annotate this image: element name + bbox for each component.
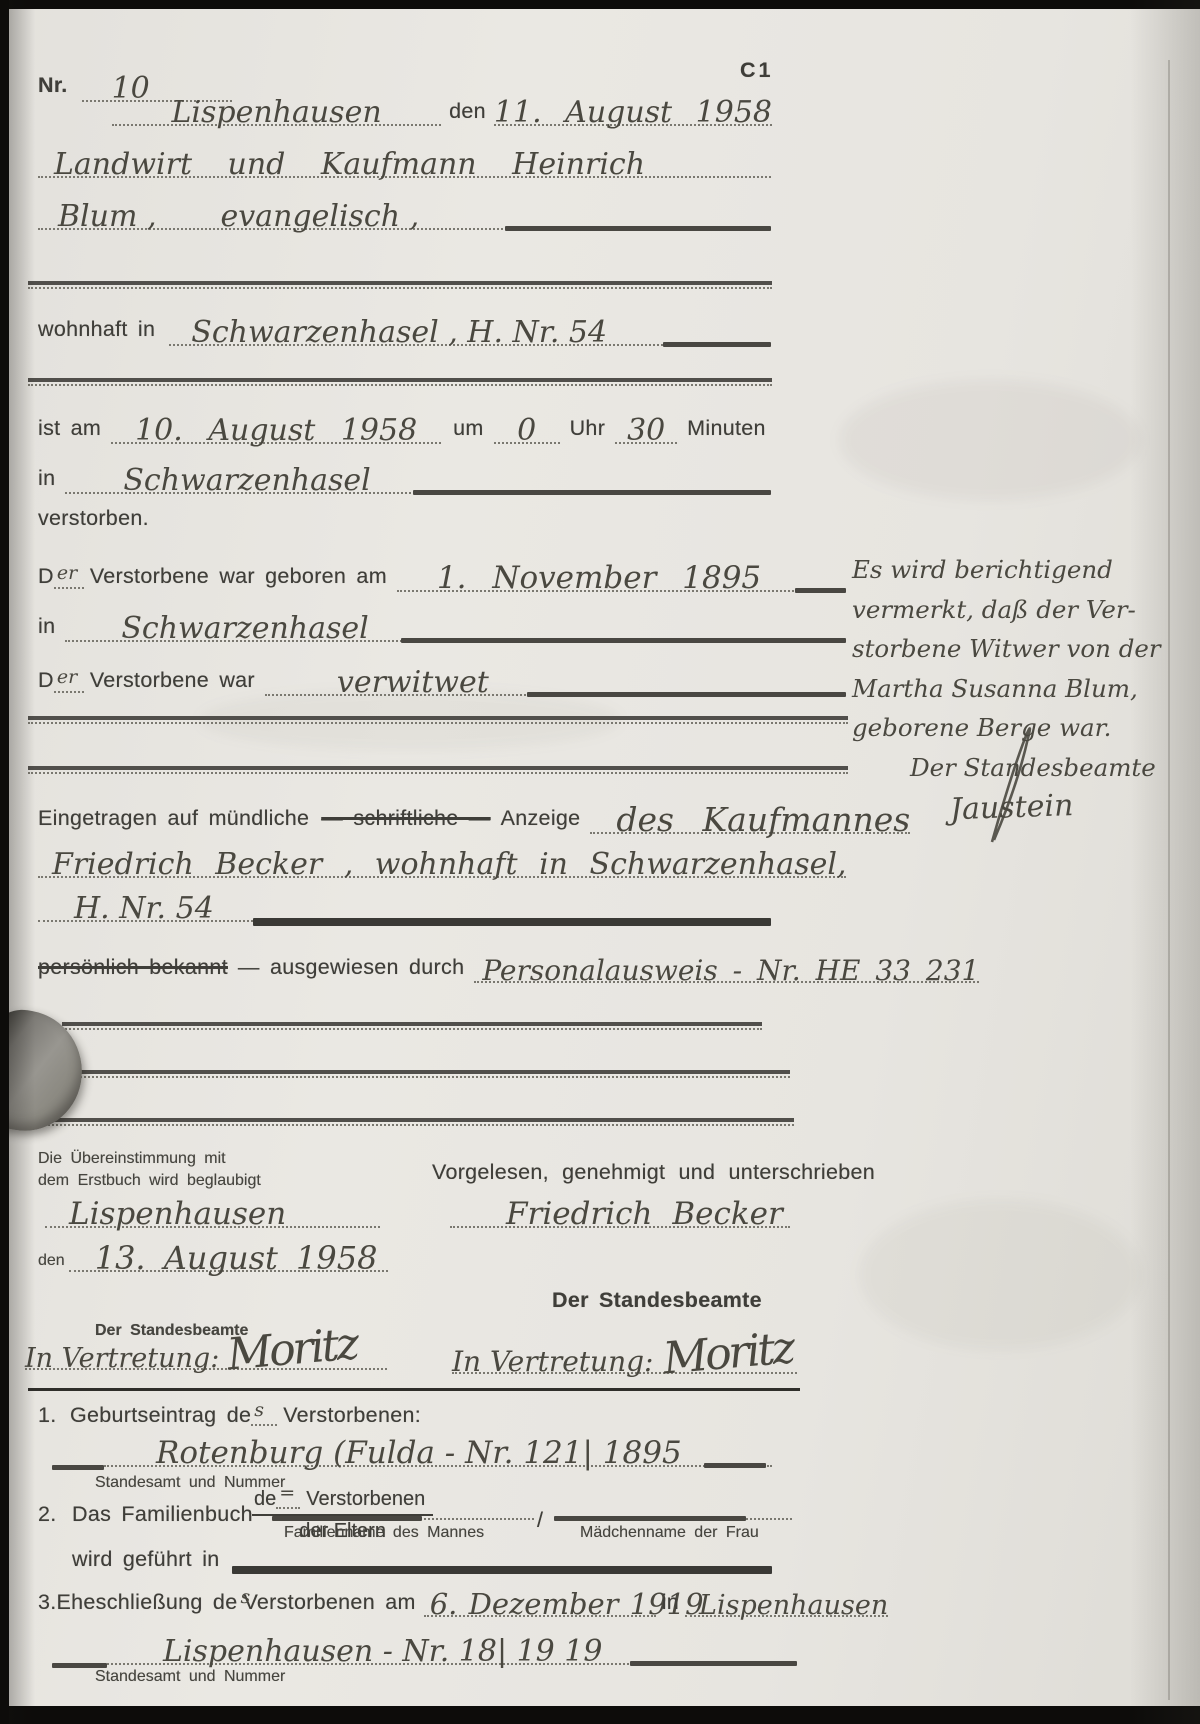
page-left-shadow xyxy=(9,0,35,1724)
den-label: den xyxy=(449,99,486,124)
verstorben-label: verstorben. xyxy=(38,506,149,531)
d-suffix-gap: er xyxy=(54,584,84,589)
report-row: Eingetragen auf mündliche — schriftliche… xyxy=(38,782,771,834)
item3-in-label: in xyxy=(662,1590,679,1615)
void-bar xyxy=(704,1463,766,1468)
item3-sublabel: Standesamt und Nummer xyxy=(95,1668,285,1686)
marital-line: verwitwet xyxy=(265,668,846,696)
place-date-row: Lispenhausen den 11. August 1958 xyxy=(112,74,772,126)
item2-field1-label: Familienname des Mannes xyxy=(272,1520,534,1542)
page-right-shadow xyxy=(1130,0,1200,1724)
item2-field1-line xyxy=(272,1510,534,1520)
blank-rule xyxy=(28,1070,790,1078)
birth-date: 1. November 1895 xyxy=(397,563,761,594)
item2-field2-line xyxy=(554,1510,792,1520)
scanned-death-register-page: Nr. 10 C1 Lispenhausen den 11. August 19… xyxy=(0,0,1200,1724)
declarant-signature: Friedrich Becker xyxy=(450,1199,783,1230)
vertretung-left-label: In Vertretung: xyxy=(25,1345,219,1372)
ausgewiesen-label: — ausgewiesen durch xyxy=(238,955,464,980)
registrar-deputy-signature: Moritz xyxy=(662,1326,795,1381)
item3-label-post: Verstorbenen am xyxy=(243,1590,415,1615)
vertretung-left-line: In Vertretung: Moritz xyxy=(25,1328,387,1370)
item2-sup-hand: = xyxy=(279,1484,295,1503)
d-suffix-hand: er xyxy=(57,564,77,583)
occupation-line: Landwirt und Kaufmann Heinrich xyxy=(38,150,771,178)
report-line-3: H. Nr. 54 xyxy=(38,894,253,922)
standesbeamte-heading: Der Standesbeamte xyxy=(552,1288,762,1313)
beglaubigt-line-1: Die Übereinstimmung mit xyxy=(38,1150,226,1168)
death-minute: 30 xyxy=(627,416,665,446)
item2-field2: Mädchenname der Frau xyxy=(554,1510,792,1542)
void-bar xyxy=(401,638,846,643)
blank-rule xyxy=(62,1022,762,1030)
identification-row: persönlich bekannt — ausgewiesen durch P… xyxy=(38,935,795,983)
birth-place-row: in Schwarzenhasel xyxy=(38,592,846,642)
section-rule xyxy=(28,378,772,386)
d-prefix: D xyxy=(38,668,54,693)
vertretung-right-row: In Vertretung: Moritz xyxy=(452,1318,797,1374)
minuten-label: Minuten xyxy=(687,416,766,441)
void-bar xyxy=(663,342,771,347)
item1-value-row: Rotenburg (Fulda - Nr. 121| 1895 xyxy=(52,1420,772,1467)
death-date: 10. August 1958 xyxy=(135,416,417,446)
report-row-3: H. Nr. 54 xyxy=(38,872,771,922)
item3-sup-hand: s xyxy=(240,1588,250,1607)
marital-row: D er Verstorbene war verwitwet xyxy=(38,644,846,696)
death-hour: 0 xyxy=(517,416,536,446)
item3-date-line: 6. Dezember 1919 xyxy=(424,1590,656,1617)
id-document: Personalausweis - Nr. HE 33 231 xyxy=(474,957,979,985)
item3-value-line: Lispenhausen - Nr. 18| 19 19 xyxy=(107,1637,797,1665)
death-date-row: ist am 10. August 1958 um 0 Uhr 30 Minut… xyxy=(38,392,771,444)
residence-line: Schwarzenhasel , H. Nr. 54 xyxy=(169,318,771,346)
name-religion-row: Blum , evangelisch , xyxy=(38,180,771,230)
residence-label: wohnhaft in xyxy=(38,317,155,342)
birth-place-line: Schwarzenhasel xyxy=(65,614,846,642)
item1-value-line: Rotenburg (Fulda - Nr. 121| 1895 xyxy=(104,1438,772,1467)
record-date: 11. August 1958 xyxy=(494,98,772,128)
declarant-signature-line: Friedrich Becker xyxy=(450,1199,790,1228)
void-bar xyxy=(630,1661,797,1666)
nr-label: Nr. xyxy=(38,73,68,98)
death-place-line: Schwarzenhasel xyxy=(65,466,771,494)
item1-value: Rotenburg (Fulda - Nr. 121| 1895 xyxy=(104,1438,682,1469)
registrar-deputy-signature: Moritz xyxy=(226,1322,359,1377)
bleedthrough-smudge xyxy=(860,1200,1140,1350)
item3-number: 3. xyxy=(38,1590,57,1615)
void-bar-heavy xyxy=(253,918,771,926)
item2-wird-row: wird geführt in xyxy=(72,1544,772,1572)
residence-value: Schwarzenhasel , H. Nr. 54 xyxy=(169,318,607,348)
photo-edge-bottom xyxy=(0,1706,1200,1724)
birth-date-row: D er Verstorbene war geboren am 1. Novem… xyxy=(38,538,846,592)
um-label: um xyxy=(453,416,483,441)
d-suffix-gap: er xyxy=(54,688,84,693)
void-bar xyxy=(413,490,771,495)
item2-number: 2. xyxy=(38,1502,57,1527)
footer-rule xyxy=(28,1388,800,1391)
death-minute-line: 30 xyxy=(615,416,677,444)
vertretung-right-line: In Vertretung: Moritz xyxy=(452,1332,797,1374)
item1-sup-hand: s xyxy=(254,1401,264,1420)
religion: evangelisch , xyxy=(220,202,419,232)
photo-edge-left xyxy=(0,0,9,1724)
ist-am-label: ist am xyxy=(38,416,101,441)
section-rule xyxy=(28,766,848,774)
persoenlich-struck: persönlich bekannt xyxy=(38,955,228,980)
occupation-row: Landwirt und Kaufmann Heinrich xyxy=(38,128,771,178)
death-hour-line: 0 xyxy=(494,416,560,444)
item3-label-pre: Eheschließung de xyxy=(57,1590,238,1615)
item3-value-row: Lispenhausen - Nr. 18| 19 19 xyxy=(52,1620,797,1665)
record-place-line: Lispenhausen xyxy=(112,98,441,126)
item2-top-pre: de xyxy=(254,1488,276,1511)
record-place: Lispenhausen xyxy=(171,98,381,128)
item3-place: Lispenhausen xyxy=(685,1592,888,1619)
birth-date-line: 1. November 1895 xyxy=(397,563,846,592)
item2-sup-gap: = xyxy=(276,1504,300,1509)
report-row-2: Friedrich Becker , wohnhaft in Schwarzen… xyxy=(38,828,771,878)
page-right-edge xyxy=(1168,60,1170,1700)
vertretung-right-label: In Vertretung: xyxy=(452,1348,653,1376)
item2-label: Das Familienbuch xyxy=(72,1502,253,1527)
in-label: in xyxy=(38,614,55,639)
report-hand-3: H. Nr. 54 xyxy=(38,894,214,924)
marital-value: verwitwet xyxy=(265,668,489,698)
certify-date: 13. August 1958 xyxy=(69,1242,378,1274)
void-bar xyxy=(505,226,771,231)
item2-top-post: Verstorbenen xyxy=(306,1488,425,1511)
occupation-text: Landwirt und Kaufmann Heinrich xyxy=(38,150,645,180)
marital-label: Verstorbene war xyxy=(90,668,255,693)
item2-slash: / xyxy=(537,1508,543,1533)
void-bar xyxy=(527,692,846,697)
certify-date-line: 13. August 1958 xyxy=(69,1242,388,1272)
death-place-row: in Schwarzenhasel xyxy=(38,444,771,494)
residence-row: wohnhaft in Schwarzenhasel , H. Nr. 54 xyxy=(38,294,771,346)
signature-flourish xyxy=(930,690,1120,850)
den-label: den xyxy=(38,1252,65,1270)
item2-wird-label: wird geführt in xyxy=(72,1547,220,1572)
born-label: Verstorbene war geboren am xyxy=(90,564,387,589)
item2-field2-label: Mädchenname der Frau xyxy=(554,1520,792,1542)
id-document-line: Personalausweis - Nr. HE 33 231 xyxy=(474,957,979,983)
item3-place-line: Lispenhausen xyxy=(685,1592,888,1617)
in-label: in xyxy=(38,466,55,491)
item3-value: Lispenhausen - Nr. 18| 19 19 xyxy=(107,1637,602,1667)
certify-place-row: Lispenhausen xyxy=(45,1180,380,1228)
vertretung-left-row: In Vertretung: Moritz xyxy=(25,1314,387,1370)
declarant-signature-row: Friedrich Becker xyxy=(450,1180,790,1228)
death-date-line: 10. August 1958 xyxy=(111,416,441,444)
record-date-line: 11. August 1958 xyxy=(494,98,772,126)
uhr-label: Uhr xyxy=(570,416,606,441)
bleedthrough-smudge xyxy=(840,380,1140,500)
section-rule xyxy=(28,281,772,289)
blank-rule xyxy=(28,1118,794,1126)
d-suffix-hand: er xyxy=(57,668,77,687)
surname: Blum , xyxy=(38,202,156,232)
item2-field1: Familienname des Mannes xyxy=(272,1510,534,1542)
name-line: Blum , evangelisch , xyxy=(38,202,771,230)
birth-place: Schwarzenhasel xyxy=(65,614,368,644)
d-prefix: D xyxy=(38,564,54,589)
item3-heading-row: 3. Eheschließung de s Verstorbenen am 6.… xyxy=(38,1572,795,1617)
death-place: Schwarzenhasel xyxy=(65,466,370,496)
item2-wird-line xyxy=(232,1560,772,1572)
photo-edge-top xyxy=(0,0,1200,9)
lead-bar xyxy=(52,1465,104,1470)
section-rule xyxy=(28,716,848,724)
certify-date-row: den 13. August 1958 xyxy=(38,1222,388,1272)
